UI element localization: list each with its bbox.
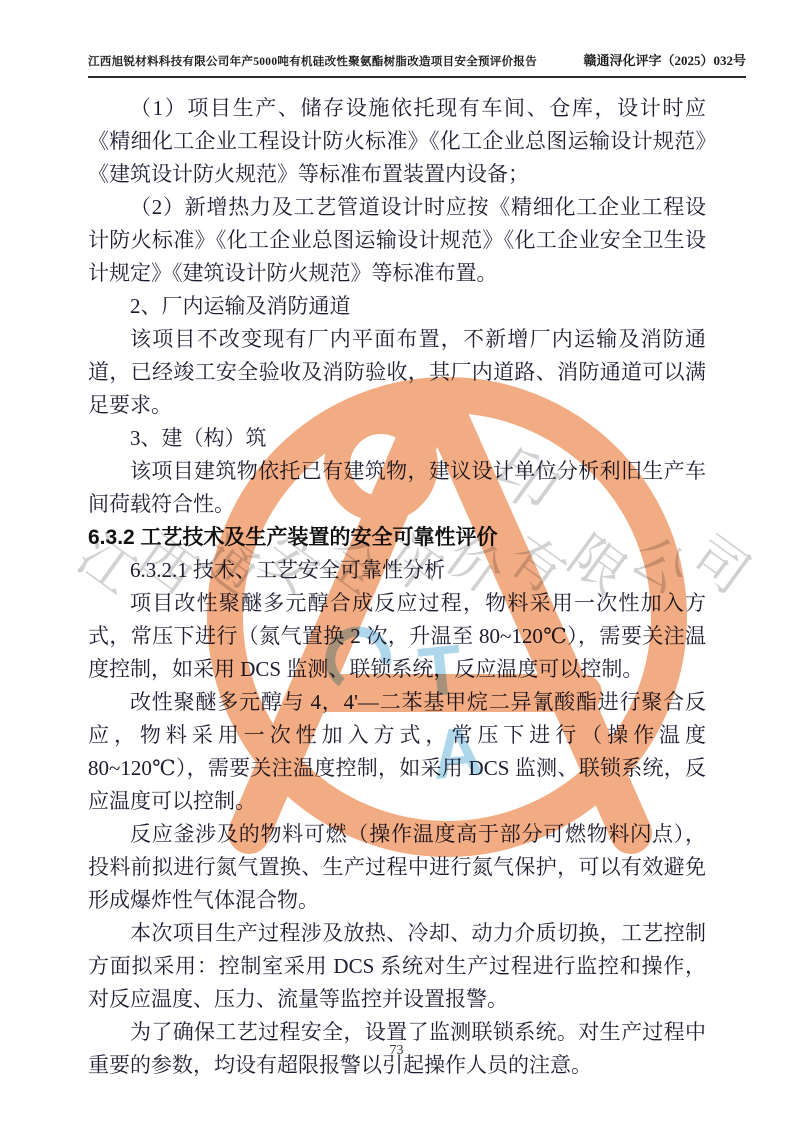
paragraph: 该项目不改变现有厂内平面布置，不新增厂内运输及消防通道，已经竣工安全验收及消防验…	[88, 323, 706, 422]
document-number: 赣通浔化评字（2025）032号	[583, 50, 746, 69]
document-page: 江西旭锐材料科技有限公司年产5000吨有机硅改性聚氨酯树脂改造项目安全预评价报告…	[0, 0, 793, 1122]
paragraph: 反应釜涉及的物料可燃（操作温度高于部分可燃物料闪点），投料前拟进行氮气置换、生产…	[88, 818, 706, 917]
paragraph: （1）项目生产、储存设施依托现有车间、仓库，设计时应《精细化工企业工程设计防火标…	[88, 92, 706, 191]
paragraph: 改性聚醚多元醇与 4，4'—二苯基甲烷二异氰酸酯进行聚合反应，物料采用一次性加入…	[88, 686, 706, 818]
paragraph: 3、建（构）筑	[88, 422, 706, 455]
section-heading: 6.3.2 工艺技术及生产装置的安全可靠性评价	[88, 521, 706, 554]
paragraph-list: （1）项目生产、储存设施依托现有车间、仓库，设计时应《精细化工企业工程设计防火标…	[88, 92, 706, 1082]
paragraph: （2）新增热力及工艺管道设计时应按《精细化工企业工程设计防火标准》《化工企业总图…	[88, 191, 706, 290]
page-header: 江西旭锐材料科技有限公司年产5000吨有机硅改性聚氨酯树脂改造项目安全预评价报告…	[88, 50, 746, 78]
paragraph: 2、厂内运输及消防通道	[88, 290, 706, 323]
paragraph: 项目改性聚醚多元醇合成反应过程，物料采用一次性加入方式，常压下进行（氮气置换 2…	[88, 587, 706, 686]
paragraph: 本次项目生产过程涉及放热、冷却、动力介质切换，工艺控制方面拟采用：控制室采用 D…	[88, 917, 706, 1016]
page-footer: 73	[0, 1043, 793, 1059]
page-number: 73	[390, 1043, 404, 1058]
subsection-heading: 6.3.2.1 技术、工艺安全可靠性分析	[88, 554, 706, 587]
paragraph: 该项目建筑物依托已有建筑物，建议设计单位分析利旧生产车间荷载符合性。	[88, 455, 706, 521]
report-title: 江西旭锐材料科技有限公司年产5000吨有机硅改性聚氨酯树脂改造项目安全预评价报告	[88, 53, 537, 69]
